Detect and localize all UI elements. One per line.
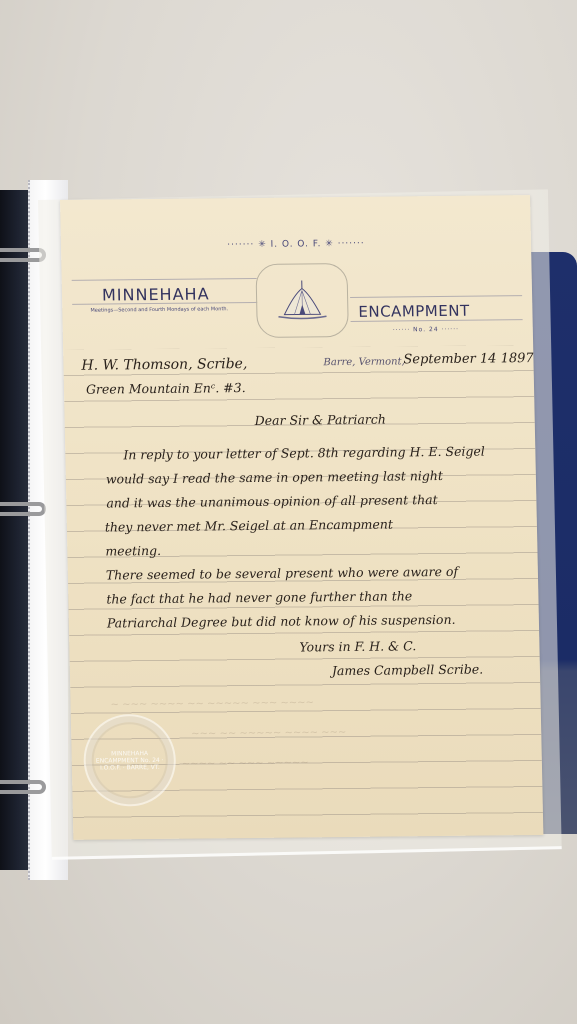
body-line: the fact that he had never gone further …	[106, 588, 412, 606]
order-title: ······· ✳ I. O. O. F. ✳ ·······	[61, 237, 531, 252]
encampment-name-right: ENCAMPMENT	[358, 302, 470, 321]
body-line: they never met Mr. Seigel at an Encampme…	[105, 517, 393, 535]
encampment-number: ······ No. 24 ······	[393, 326, 459, 334]
seal-text: MINNEHAHA ENCAMPMENT No. 24 · I.O.O.F. ·…	[95, 749, 165, 771]
body-line: meeting.	[105, 543, 161, 559]
bleed-through-text: ~~~ ~~ ~~~~~ ~~~~ ~~~	[191, 727, 346, 740]
binder-ring-middle	[0, 502, 46, 516]
binder-spine	[0, 190, 30, 870]
date: September 14 1897	[403, 351, 534, 367]
salutation: Dear Sir & Patriarch	[255, 412, 387, 428]
recipient-line-2: Green Mountain Enᶜ. #3.	[86, 380, 246, 397]
meetings-note: Meetings—Second and Fourth Mondays of ea…	[74, 306, 244, 314]
emblem-frame	[255, 263, 349, 338]
letterhead-rule	[350, 295, 522, 298]
recipient-line-1: H. W. Thomson, Scribe,	[81, 356, 247, 374]
signature: James Campbell Scribe.	[332, 662, 484, 679]
bleed-through-text: ~ ~~~ ~~~~ ~~ ~~~~~ ~~~ ~~~~	[110, 697, 314, 710]
letterhead-rule	[72, 278, 257, 281]
binder-ring-bottom	[0, 780, 46, 794]
letter-page: ······· ✳ I. O. O. F. ✳ ······· MINNEHAH…	[60, 195, 543, 840]
letterhead: ······· ✳ I. O. O. F. ✳ ······· MINNEHAH…	[60, 195, 533, 340]
tent-icon	[276, 278, 329, 323]
bleed-through-text: ~~~~ ~~ ~~~ ~~~~~	[182, 757, 309, 769]
place: Barre, Vermont,	[323, 356, 405, 368]
embossed-seal: MINNEHAHA ENCAMPMENT No. 24 · I.O.O.F. ·…	[83, 714, 177, 807]
encampment-name-left: MINNEHAHA	[102, 284, 210, 304]
closing: Yours in F. H. & C.	[299, 638, 416, 654]
